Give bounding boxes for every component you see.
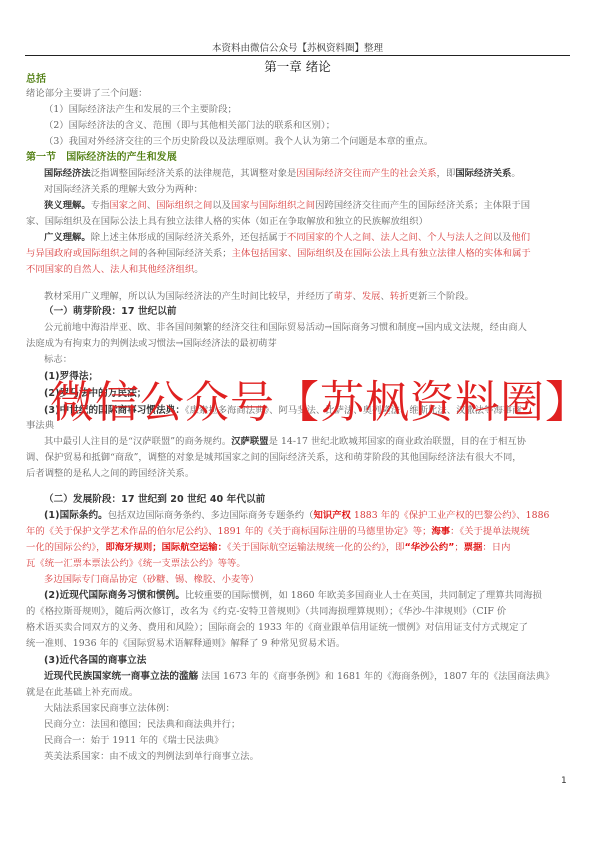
treaty-paragraph-cont: 瓦《统一汇票本票法公约》《统一支票法公约》等等。 [0,558,595,570]
stage2-heading: （二）发展阶段：17 世纪到 20 世纪 40 年代以前 [0,494,595,506]
section-heading: 第一节 国际经济法的产生和发展 [0,152,595,164]
watermark-overlay: 微信公众号【苏枫资料圈】 [50,378,570,428]
civil-commercial-unified: 民商合一：始于 1911 年的《瑞士民法典》 [0,735,595,747]
marks-label: 标志： [0,354,595,366]
page-header: 本资料由微信公众号【苏枫资料圈】整理 [0,40,595,54]
treaty-paragraph-cont: 年的《关于保护文学艺术作品的伯尔尼公约》、1891 年的《关于商标国际注册的马德… [0,526,595,538]
stage1-heading: （一）萌芽阶段：17 世纪以前 [0,306,595,318]
narrow-definition: 狭义理解。专指国家之间、国际组织之间以及国家与国际组织之间因跨国经济交往而产生的… [0,200,595,212]
common-law-text: 英美法系国家：由不成文的判例法到单行商事立法。 [0,751,595,763]
hansa-paragraph-cont: 后者调整的是私人之间的跨国经济关系。 [0,468,595,480]
civil-commercial-separate: 民商分立：法国和德国；民法典和商法典并行； [0,719,595,731]
custom-paragraph: (2)近现代国际商务习惯和惯例。比较重要的国际惯例，如 1860 年欧美多国商业… [0,590,595,602]
continental-law-text: 大陆法系国家民商事立法体例： [0,703,595,715]
treaty-paragraph: (1)国际条约。包括双边国际商务条约、多边国际商务专题条约（知识产权 1883 … [0,510,595,522]
stage1-paragraph: 公元前地中海沿岸亚、欧、非各国间频繁的经济交往和国际贸易活动→国际商务习惯和制度… [0,322,595,334]
broad-definition-cont: 与异国政府或国际组织之间的各种国际经济关系；主体包括国家、国际组织及在国际公法上… [0,248,595,260]
stage1-paragraph-cont: 法庭成为有拘束力的判例法或习惯法→国际经济法的最初萌芽 [0,338,595,350]
custom-paragraph-cont: 统一准则、1936 年的《国际贸易术语解释通则》解释了 9 种常见贸易术语。 [0,638,595,650]
hansa-paragraph-cont: 调、保护贸易和抵御“商敌”，调整的对象是城邦国家之间的国际经济关系，这和萌芽阶段… [0,452,595,464]
treaty-paragraph-cont: 一化的国际公约》，即海牙规则；国际航空运输：《关于国际航空运输法规统一化的公约》… [0,542,595,554]
summary-item: （2）国际经济法的含义、范围（即与其他相关部门法的联系和区别）； [0,120,595,132]
page-number: 1 [561,776,567,786]
summary-item: （1）国际经济法产生和发展的三个主要阶段； [0,104,595,116]
summary-intro: 绪论部分主要讲了三个问题： [0,88,595,100]
two-views-text: 对国际经济关系的理解大致分为两种： [0,184,595,196]
definition-paragraph: 国际经济法泛指调整国际经济关系的法律规范，其调整对象是因国际经济交往而产生的社会… [0,168,595,180]
legislation-paragraph: 近现代民族国家统一商事立法的滥觞 法国 1673 年的《商事条例》和 1681 … [0,671,595,683]
summary-heading: 总括 [0,74,595,86]
chapter-title: 第一章 绪论 [0,57,595,75]
custom-paragraph-cont: 格术语买卖合同双方的义务、费用和风险）；国际商会的 1933 年的《商业跟单信用… [0,622,595,634]
broad-definition-cont: 不同国家的自然人、法人和其他经济组织。 [0,264,595,276]
narrow-definition-cont: 家、国际组织及在国际公法上具有独立法律人格的实体（如正在争取解放和独立的民族解放… [0,216,595,228]
broad-definition: 广义理解。除上述主体形成的国际经济关系外，还包括属于不同国家的个人之间、法人之间… [0,232,595,244]
legislation-paragraph-cont: 就是在此基础上补充而成。 [0,687,595,699]
legislation-heading: (3)近代各国的商事立法 [0,655,595,667]
header-divider [25,55,570,56]
textbook-paragraph: 教材采用广义理解，所以认为国际经济法的产生时间比较早，并经历了萌芽、发展、转折更… [0,291,595,303]
commodity-agreements: 多边国际专门商品协定（砂糖、锡、橡胶、小麦等） [0,574,595,586]
hansa-paragraph: 其中最引人注目的是“汉萨联盟”的商务规约。汉萨联盟是 14-17 世纪北欧城邦国… [0,436,595,448]
document-page: 本资料由微信公众号【苏枫资料圈】整理 第一章 绪论 总括 绪论部分主要讲了三个问… [0,0,595,841]
custom-paragraph-cont: 的《格拉斯哥规则》，随后两次修订，改名为《约克-安特卫普规则》（共同海损理算规则… [0,606,595,618]
summary-item: （3）我国对外经济交往的三个历史阶段以及法理原则。我个人认为第二个问题是本章的重… [0,136,595,148]
